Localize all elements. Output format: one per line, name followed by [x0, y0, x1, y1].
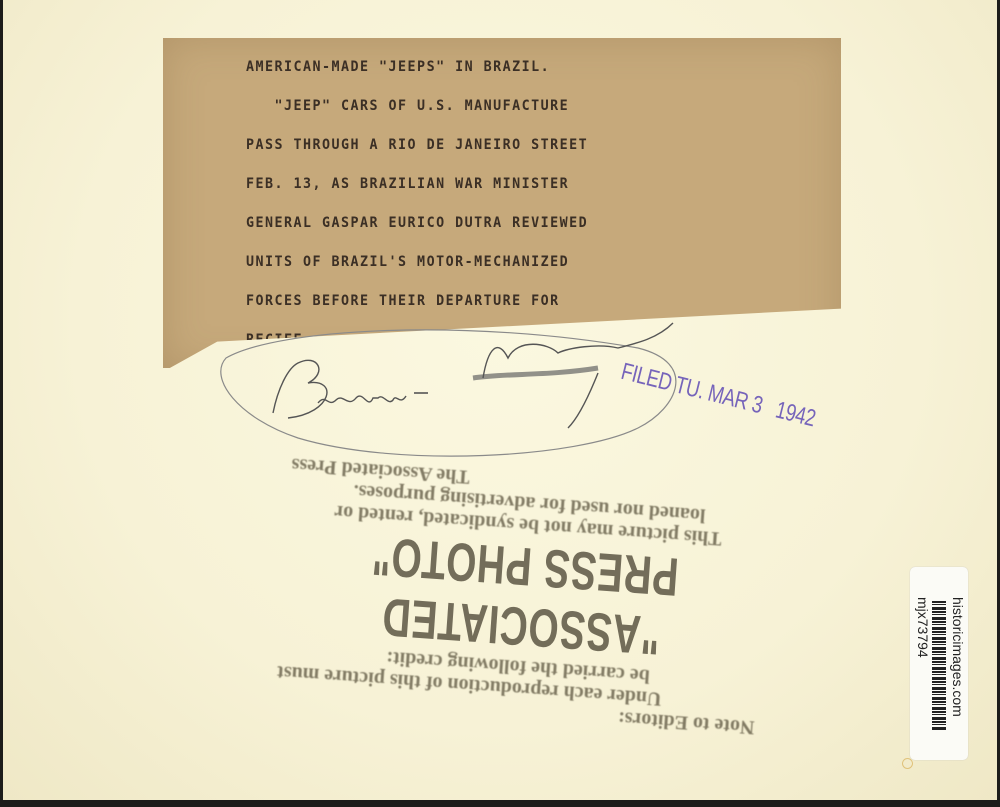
caption-line: GENERAL GASPAR EURICO DUTRA REVIEWED — [246, 204, 588, 243]
caption-line: AMERICAN-MADE "JEEPS" IN BRAZIL. — [246, 48, 588, 87]
archive-label: historicimages.com mjx73794 — [910, 567, 968, 760]
label-site: historicimages.com — [950, 597, 966, 717]
barcode-icon — [932, 601, 946, 731]
caption-line: FORCES BEFORE THEIR DEPARTURE FOR — [246, 282, 588, 321]
ring-mark-icon — [902, 758, 913, 769]
caption-line: FEB. 13, AS BRAZILIAN WAR MINISTER — [246, 165, 588, 204]
caption-line: PASS THROUGH A RIO DE JANEIRO STREET — [246, 126, 588, 165]
associated-press-notice: Note to Editors: Under each reproduction… — [275, 454, 771, 739]
photo-back: AMERICAN-MADE "JEEPS" IN BRAZIL. "JEEP" … — [3, 0, 997, 800]
notice-credit: "ASSOCIATED PRESS PHOTO" — [346, 524, 699, 668]
caption-line: UNITS OF BRAZIL'S MOTOR-MECHANIZED — [246, 243, 588, 282]
caption-line: "JEEP" CARS OF U.S. MANUFACTURE — [246, 87, 588, 126]
caption-text: AMERICAN-MADE "JEEPS" IN BRAZIL. "JEEP" … — [246, 48, 588, 360]
handwritten-annotation — [218, 318, 688, 468]
label-id: mjx73794 — [915, 597, 931, 658]
